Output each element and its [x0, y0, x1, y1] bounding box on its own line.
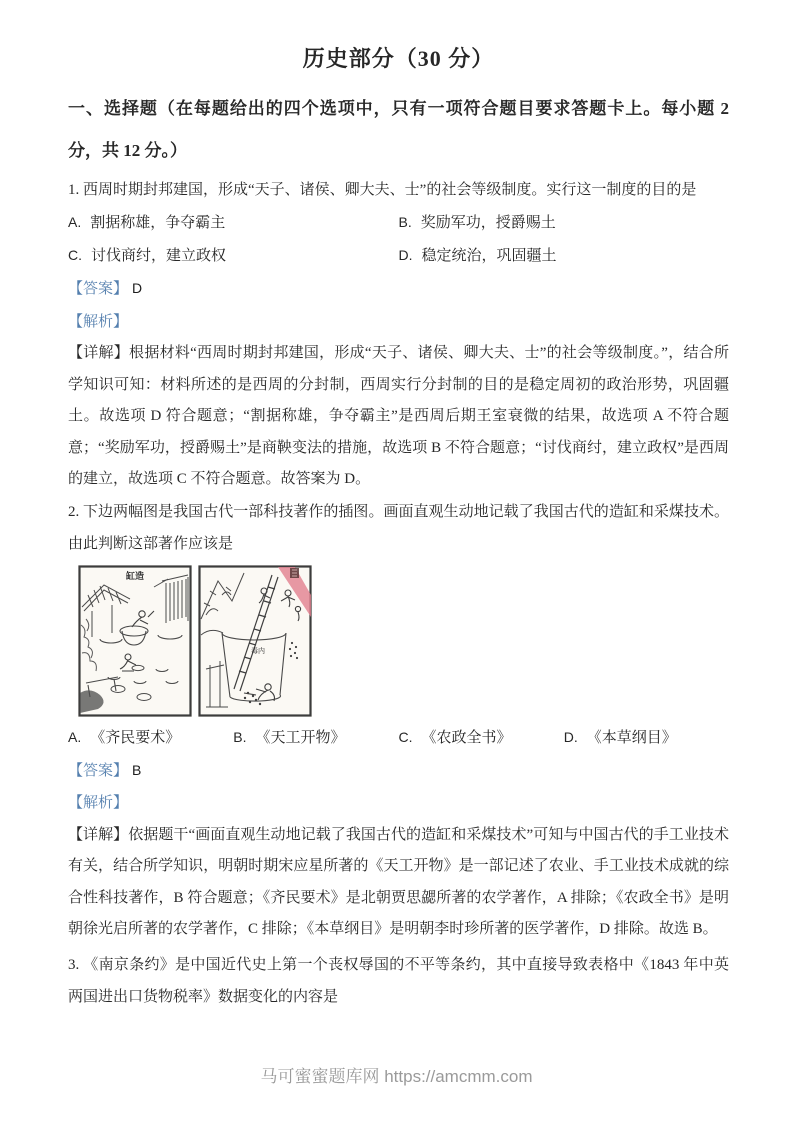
option-c: C.讨伐商纣，建立政权: [68, 239, 399, 272]
question-1-detail: 【详解】根据材料“西周时期封邦建国，形成“天子、诸侯、卿大夫、士”的社会等级制度…: [68, 338, 729, 496]
question-3-stem: 3. 《南京条约》是中国近代史上第一个丧权辱国的不平等条约，其中直接导致表格中《…: [68, 949, 729, 1013]
analysis-line: 【解析】: [68, 787, 729, 820]
pottery-illustration: 缸造: [78, 565, 192, 717]
footer-text: 马可蜜蜜题库网 https://amcmm.com: [0, 1062, 793, 1087]
option-label: B.: [399, 214, 412, 230]
question-1-options: A.割据称雄，争夺霸主 B.奖励军功，授爵赐土 C.讨伐商纣，建立政权 D.稳定…: [68, 206, 729, 272]
section-heading: 一、选择题（在每题给出的四个选项中，只有一项符合题目要求答题卡上。每小题 2 分…: [68, 88, 729, 172]
answer-value: B: [132, 762, 141, 778]
question-2-detail: 【详解】依据题干“画面直观生动地记载了我国古代的造缸和采煤技术”可知与中国古代的…: [68, 820, 729, 946]
analysis-line: 【解析】: [68, 306, 729, 339]
answer-tag: 【答案】: [68, 281, 128, 297]
question-2-stem: 2. 下边两幅图是我国古代一部科技著作的插图。画面直观生动地记载了我国古代的造缸…: [68, 496, 729, 560]
question-2: 2. 下边两幅图是我国古代一部科技著作的插图。画面直观生动地记载了我国古代的造缸…: [68, 496, 729, 946]
option-c: C.《农政全书》: [399, 721, 564, 754]
option-text: 《天工开物》: [255, 730, 345, 746]
option-text: 《农政全书》: [422, 730, 512, 746]
option-text: 《齐民要术》: [90, 730, 180, 746]
answer-tag: 【答案】: [68, 763, 128, 779]
option-text: 奖励军功，授爵赐土: [421, 215, 556, 231]
option-a: A.《齐民要术》: [68, 721, 233, 754]
question-2-options: A.《齐民要术》 B.《天工开物》 C.《农政全书》 D.《本草纲目》: [68, 721, 729, 754]
exam-page: 历史部分（30 分） 一、选择题（在每题给出的四个选项中，只有一项符合题目要求答…: [0, 0, 793, 1013]
answer-value: D: [132, 280, 142, 296]
option-text: 《本草纲目》: [587, 730, 677, 746]
option-label: C.: [399, 729, 413, 745]
question-3: 3. 《南京条约》是中国近代史上第一个丧权辱国的不平等条约，其中直接导致表格中《…: [68, 949, 729, 1013]
option-a: A.割据称雄，争夺霸主: [68, 206, 399, 239]
option-label: B.: [233, 729, 246, 745]
illustration-caption: 缸造: [126, 570, 144, 581]
option-label: A.: [68, 214, 81, 230]
question-1: 1. 西周时期封邦建国，形成“天子、诸侯、卿大夫、士”的社会等级制度。实行这一制…: [68, 174, 729, 496]
option-label: A.: [68, 729, 81, 745]
question-1-stem: 1. 西周时期封邦建国，形成“天子、诸侯、卿大夫、士”的社会等级制度。实行这一制…: [68, 174, 729, 206]
option-label: D.: [564, 729, 578, 745]
answer-line: 【答案】D: [68, 272, 729, 306]
option-b: B.奖励军功，授爵赐土: [399, 206, 730, 239]
coal-mining-illustration: 毒内: [198, 565, 312, 717]
option-b: B.《天工开物》: [233, 721, 398, 754]
option-label: D.: [399, 247, 413, 263]
answer-line: 【答案】B: [68, 754, 729, 788]
option-text: 讨伐商纣，建立政权: [91, 248, 226, 264]
analysis-tag: 【解析】: [68, 795, 128, 811]
option-d: D.稳定统治，巩固疆土: [399, 239, 730, 272]
analysis-tag: 【解析】: [68, 314, 128, 330]
option-text: 割据称雄，争夺霸主: [90, 215, 225, 231]
question-2-figures: 缸造: [78, 565, 729, 717]
illustration-caption: 毒内: [251, 646, 265, 655]
option-d: D.《本草纲目》: [564, 721, 729, 754]
option-label: C.: [68, 247, 82, 263]
option-text: 稳定统治，巩固疆土: [422, 248, 557, 264]
page-title: 历史部分（30 分）: [68, 44, 729, 74]
